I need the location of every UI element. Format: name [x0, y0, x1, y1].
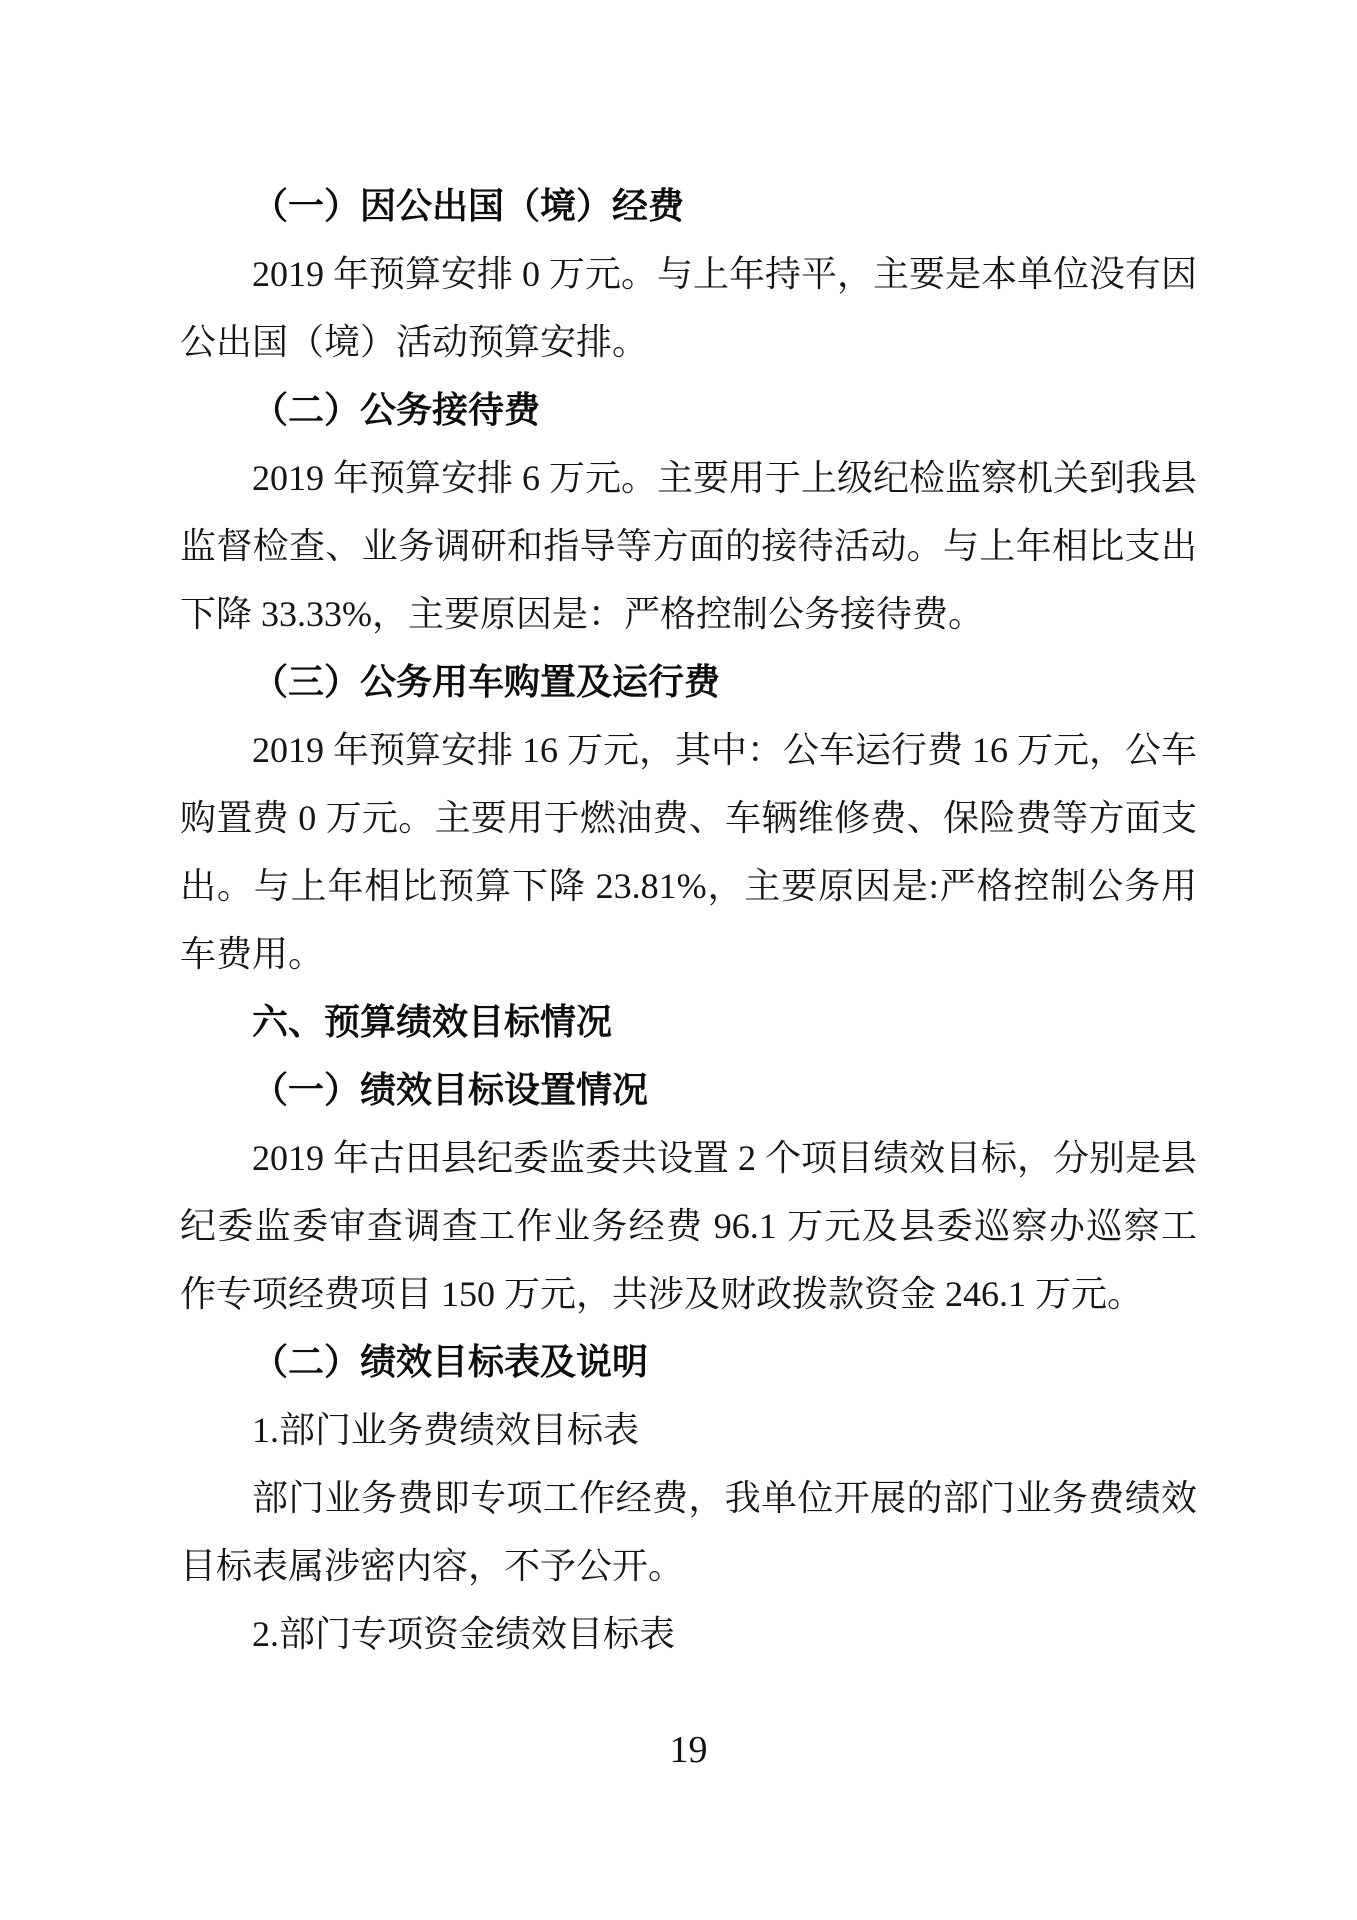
paragraph-line: 2019 年古田县纪委监委共设置 2 个项目绩效目标，分别是县 [180, 1124, 1197, 1192]
section-heading: （一）因公出国（境）经费 [180, 172, 1197, 240]
paragraph-line: 购置费 0 万元。主要用于燃油费、车辆维修费、保险费等方面支 [180, 784, 1197, 852]
paragraph-line: 作专项经费项目 150 万元，共涉及财政拨款资金 246.1 万元。 [180, 1260, 1197, 1328]
list-item-line: 1.部门业务费绩效目标表 [180, 1396, 1197, 1464]
paragraph-line: 部门业务费即专项工作经费，我单位开展的部门业务费绩效 [180, 1464, 1197, 1532]
paragraph-line: 监督检查、业务调研和指导等方面的接待活动。与上年相比支出 [180, 512, 1197, 580]
page-number: 19 [180, 1726, 1197, 1774]
paragraph-line: 2019 年预算安排 6 万元。主要用于上级纪检监察机关到我县 [180, 444, 1197, 512]
document-page: （一）因公出国（境）经费 2019 年预算安排 0 万元。与上年持平，主要是本单… [0, 0, 1357, 1920]
paragraph-line: 下降 33.33%，主要原因是：严格控制公务接待费。 [180, 580, 1197, 648]
paragraph-line: 2019 年预算安排 0 万元。与上年持平，主要是本单位没有因 [180, 240, 1197, 308]
paragraph-line: 出。与上年相比预算下降 23.81%，主要原因是:严格控制公务用 [180, 852, 1197, 920]
paragraph-line: 纪委监委审查调查工作业务经费 96.1 万元及县委巡察办巡察工 [180, 1192, 1197, 1260]
paragraph-line: 2019 年预算安排 16 万元，其中：公车运行费 16 万元，公车 [180, 716, 1197, 784]
paragraph-line: 目标表属涉密内容，不予公开。 [180, 1532, 1197, 1600]
list-item-line: 2.部门专项资金绩效目标表 [180, 1600, 1197, 1668]
section-heading: （三）公务用车购置及运行费 [180, 648, 1197, 716]
section-heading: （一）绩效目标设置情况 [180, 1056, 1197, 1124]
section-heading: （二）公务接待费 [180, 376, 1197, 444]
section-heading: （二）绩效目标表及说明 [180, 1328, 1197, 1396]
chapter-heading: 六、预算绩效目标情况 [180, 988, 1197, 1056]
paragraph-line: 公出国（境）活动预算安排。 [180, 308, 1197, 376]
paragraph-line: 车费用。 [180, 920, 1197, 988]
